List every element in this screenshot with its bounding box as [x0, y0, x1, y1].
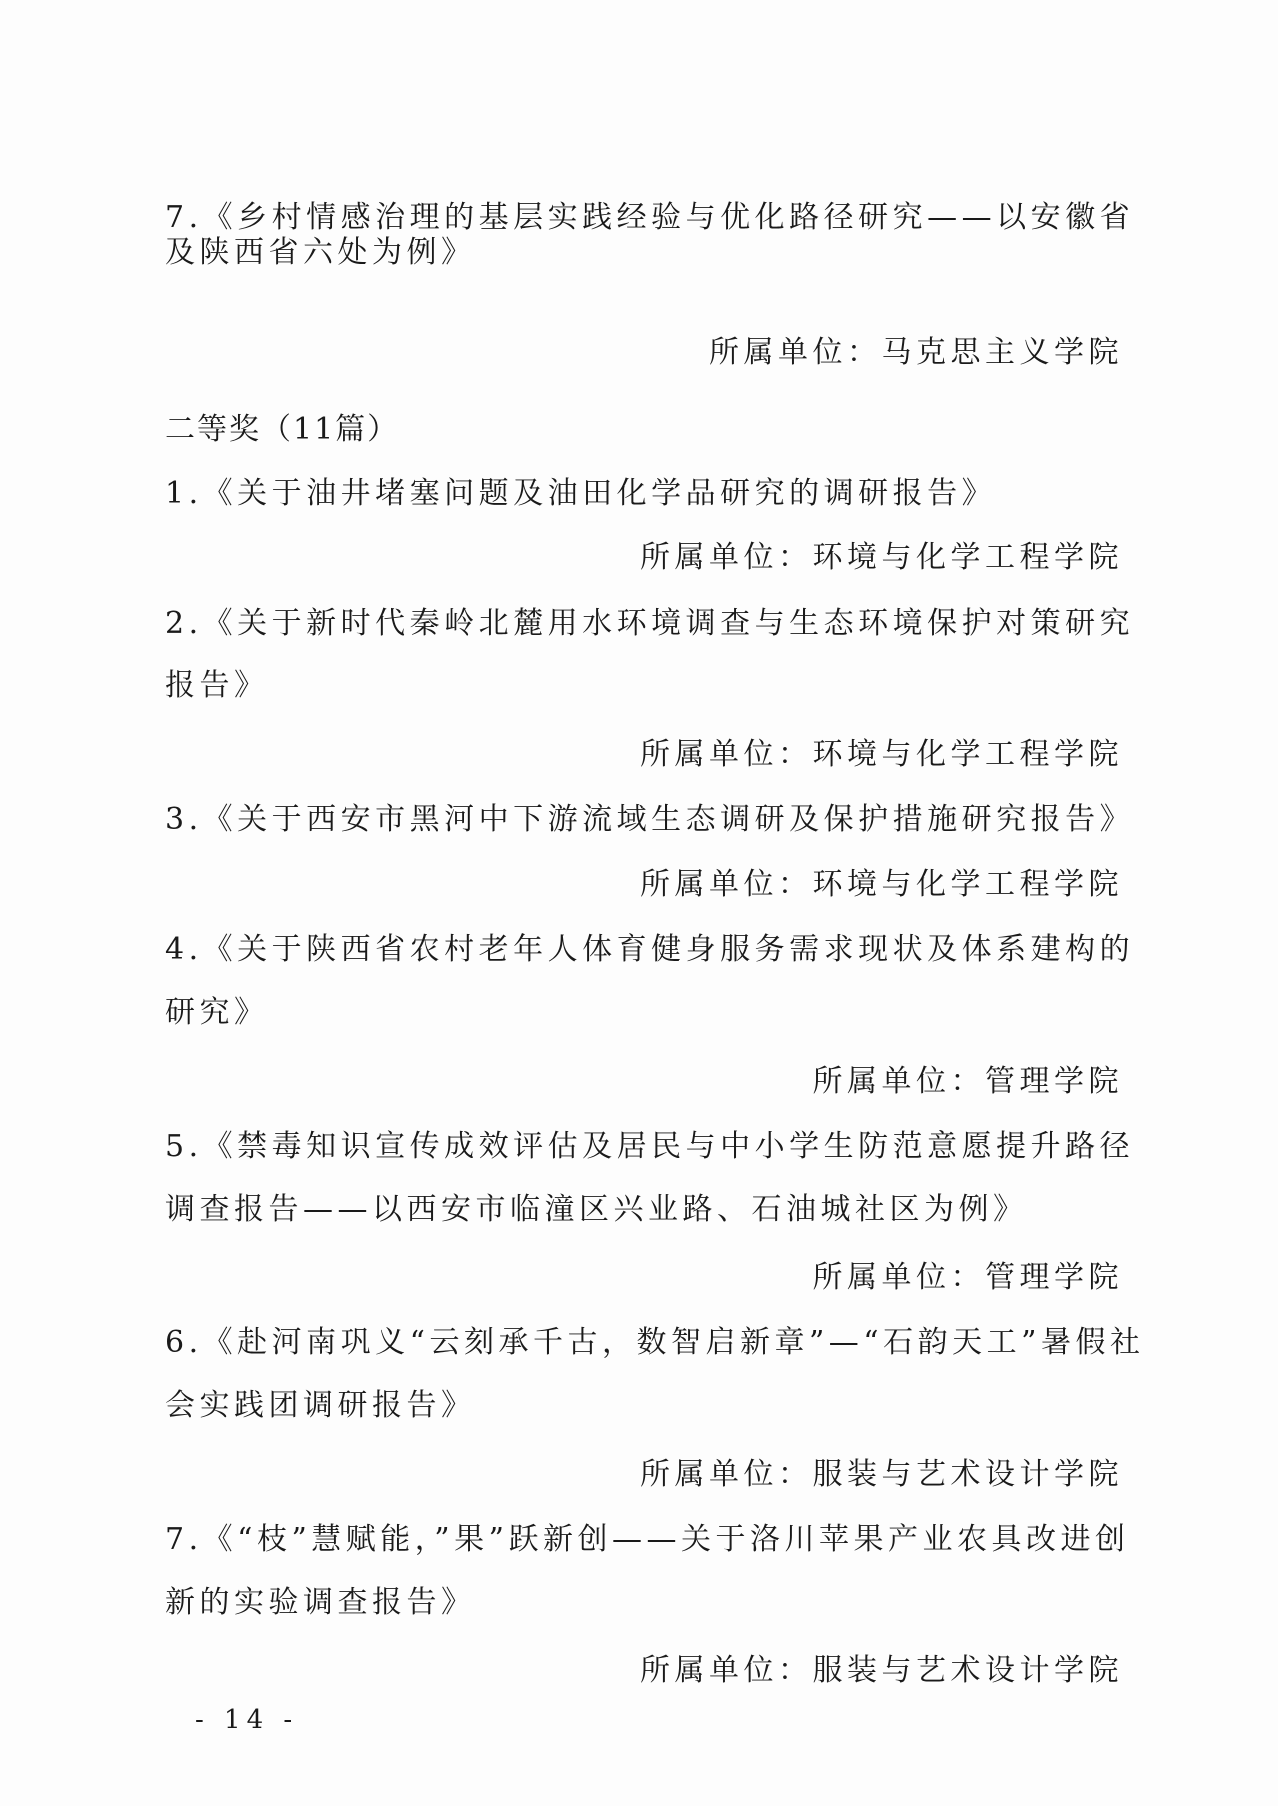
item-1-title: 1.《关于油井堵塞问题及油田化学品研究的调研报告》	[165, 474, 1125, 514]
page-number: - 14 -	[195, 1702, 298, 1738]
item-2-title-line-2: 报告》	[165, 666, 1125, 706]
prev-item-7-title-line-2: 及陕西省六处为例》	[165, 233, 1125, 273]
item-7-title-line-1: 7.《“枝”慧赋能，”果”跃新创——关于洛川苹果产业农具改进创	[165, 1520, 1125, 1560]
document-page: 7.《乡村情感治理的基层实践经验与优化路径研究——以安徽省 及陕西省六处为例》 …	[0, 0, 1278, 1806]
item-5-unit: 所属单位：管理学院	[813, 1258, 1124, 1298]
item-1-unit: 所属单位：环境与化学工程学院	[640, 538, 1123, 578]
item-3-title: 3.《关于西安市黑河中下游流域生态调研及保护措施研究报告》	[165, 800, 1125, 840]
item-4-title-line-2: 研究》	[165, 993, 1125, 1033]
prev-item-7-unit: 所属单位：马克思主义学院	[709, 333, 1123, 373]
item-2-title-line-1: 2.《关于新时代秦岭北麓用水环境调查与生态环境保护对策研究	[165, 604, 1125, 644]
item-5-title-line-1: 5.《禁毒知识宣传成效评估及居民与中小学生防范意愿提升路径	[165, 1127, 1125, 1167]
prev-item-7-title-line-1: 7.《乡村情感治理的基层实践经验与优化路径研究——以安徽省	[165, 198, 1125, 238]
item-5-title-line-2: 调查报告——以西安市临潼区兴业路、石油城社区为例》	[165, 1190, 1125, 1230]
item-7-unit: 所属单位：服装与艺术设计学院	[640, 1651, 1123, 1691]
item-6-title-line-2: 会实践团调研报告》	[165, 1386, 1125, 1426]
item-2-unit: 所属单位：环境与化学工程学院	[640, 735, 1123, 775]
section-heading-second-prize: 二等奖（11篇）	[165, 410, 1125, 450]
item-3-unit: 所属单位：环境与化学工程学院	[640, 865, 1123, 905]
item-6-title-line-1: 6.《赴河南巩义“云刻承千古，数智启新章”—“石韵天工”暑假社	[165, 1323, 1125, 1363]
item-4-unit: 所属单位：管理学院	[813, 1062, 1124, 1102]
item-6-unit: 所属单位：服装与艺术设计学院	[640, 1455, 1123, 1495]
item-4-title-line-1: 4.《关于陕西省农村老年人体育健身服务需求现状及体系建构的	[165, 930, 1125, 970]
item-7-title-line-2: 新的实验调查报告》	[165, 1583, 1125, 1623]
